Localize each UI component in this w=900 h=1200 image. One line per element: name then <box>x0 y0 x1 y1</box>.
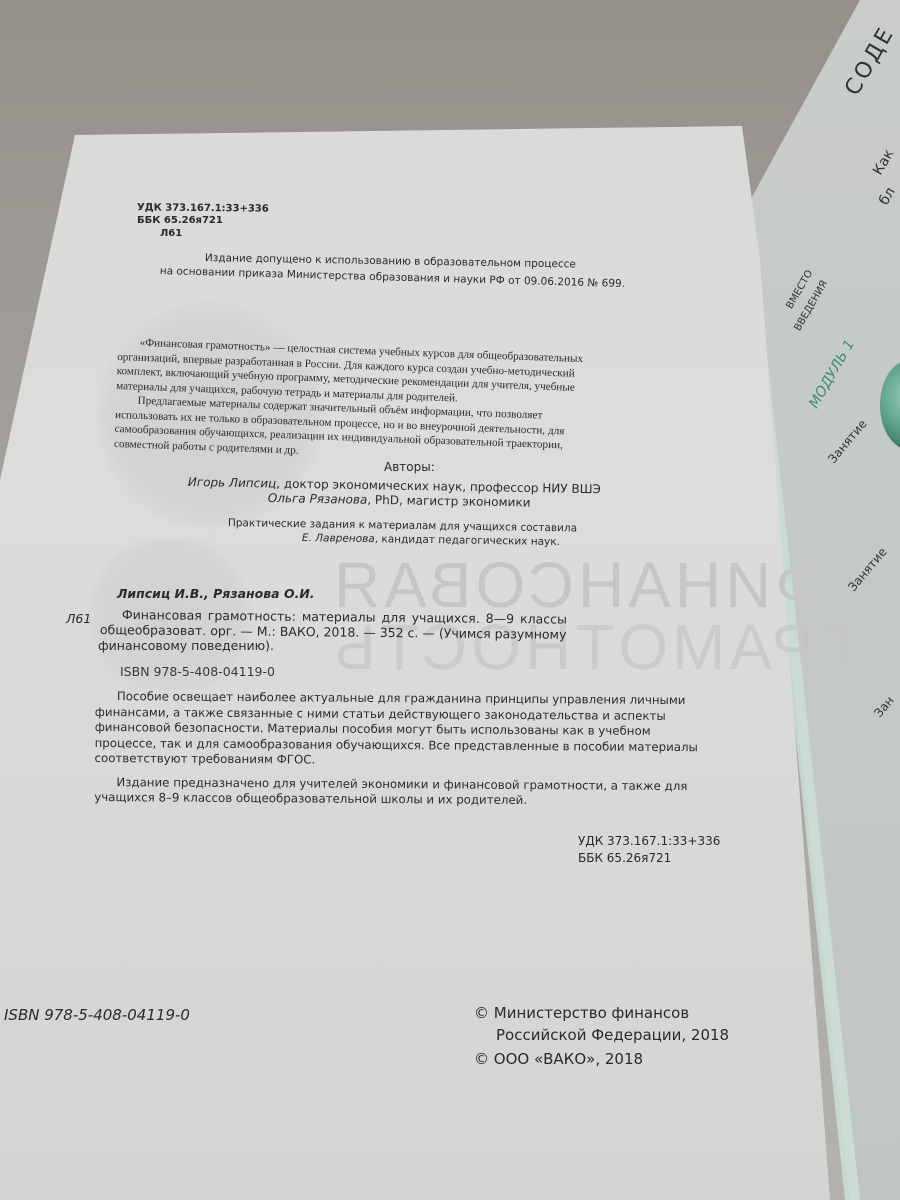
author-1-name: Игорь Липсиц <box>188 475 277 491</box>
author-2-name: Ольга Рязанова <box>268 491 368 507</box>
tasks-author-name: Е. Лавренова <box>302 532 375 545</box>
bbk-code-bottom: ББК 65.26я721 <box>578 851 671 865</box>
catalog-authors: Липсиц И.В., Рязанова О.И. <box>117 586 315 601</box>
udk-code-top: УДК 373.167.1:33+336 <box>137 202 269 214</box>
catalog-isbn: ISBN 978-5-408-04119-0 <box>120 664 275 679</box>
copyright-ministry-1: © Министерство финансов <box>474 1004 689 1022</box>
series-description: «Финансовая грамотность» — целостная сис… <box>114 335 584 468</box>
authors-heading: Авторы: <box>384 460 435 474</box>
catalog-sign: Л61 <box>66 611 91 626</box>
catalog-line-3: финансовому поведению). <box>98 638 274 653</box>
copyright-vako: © ООО «ВАКО», 2018 <box>474 1050 643 1068</box>
author-2-title: , PhD, магистр экономики <box>367 493 530 510</box>
copyright-ministry-2: Российской Федерации, 2018 <box>496 1026 729 1044</box>
udk-code-bottom: УДК 373.167.1:33+336 <box>578 834 720 848</box>
bbk-code-top: ББК 65.26я721 <box>137 215 223 226</box>
footer-isbn: ISBN 978-5-408-04119-0 <box>4 1006 190 1024</box>
author-sign-top: Л61 <box>160 228 182 239</box>
annotation: Пособие освещает наиболее актуальные для… <box>94 689 698 810</box>
